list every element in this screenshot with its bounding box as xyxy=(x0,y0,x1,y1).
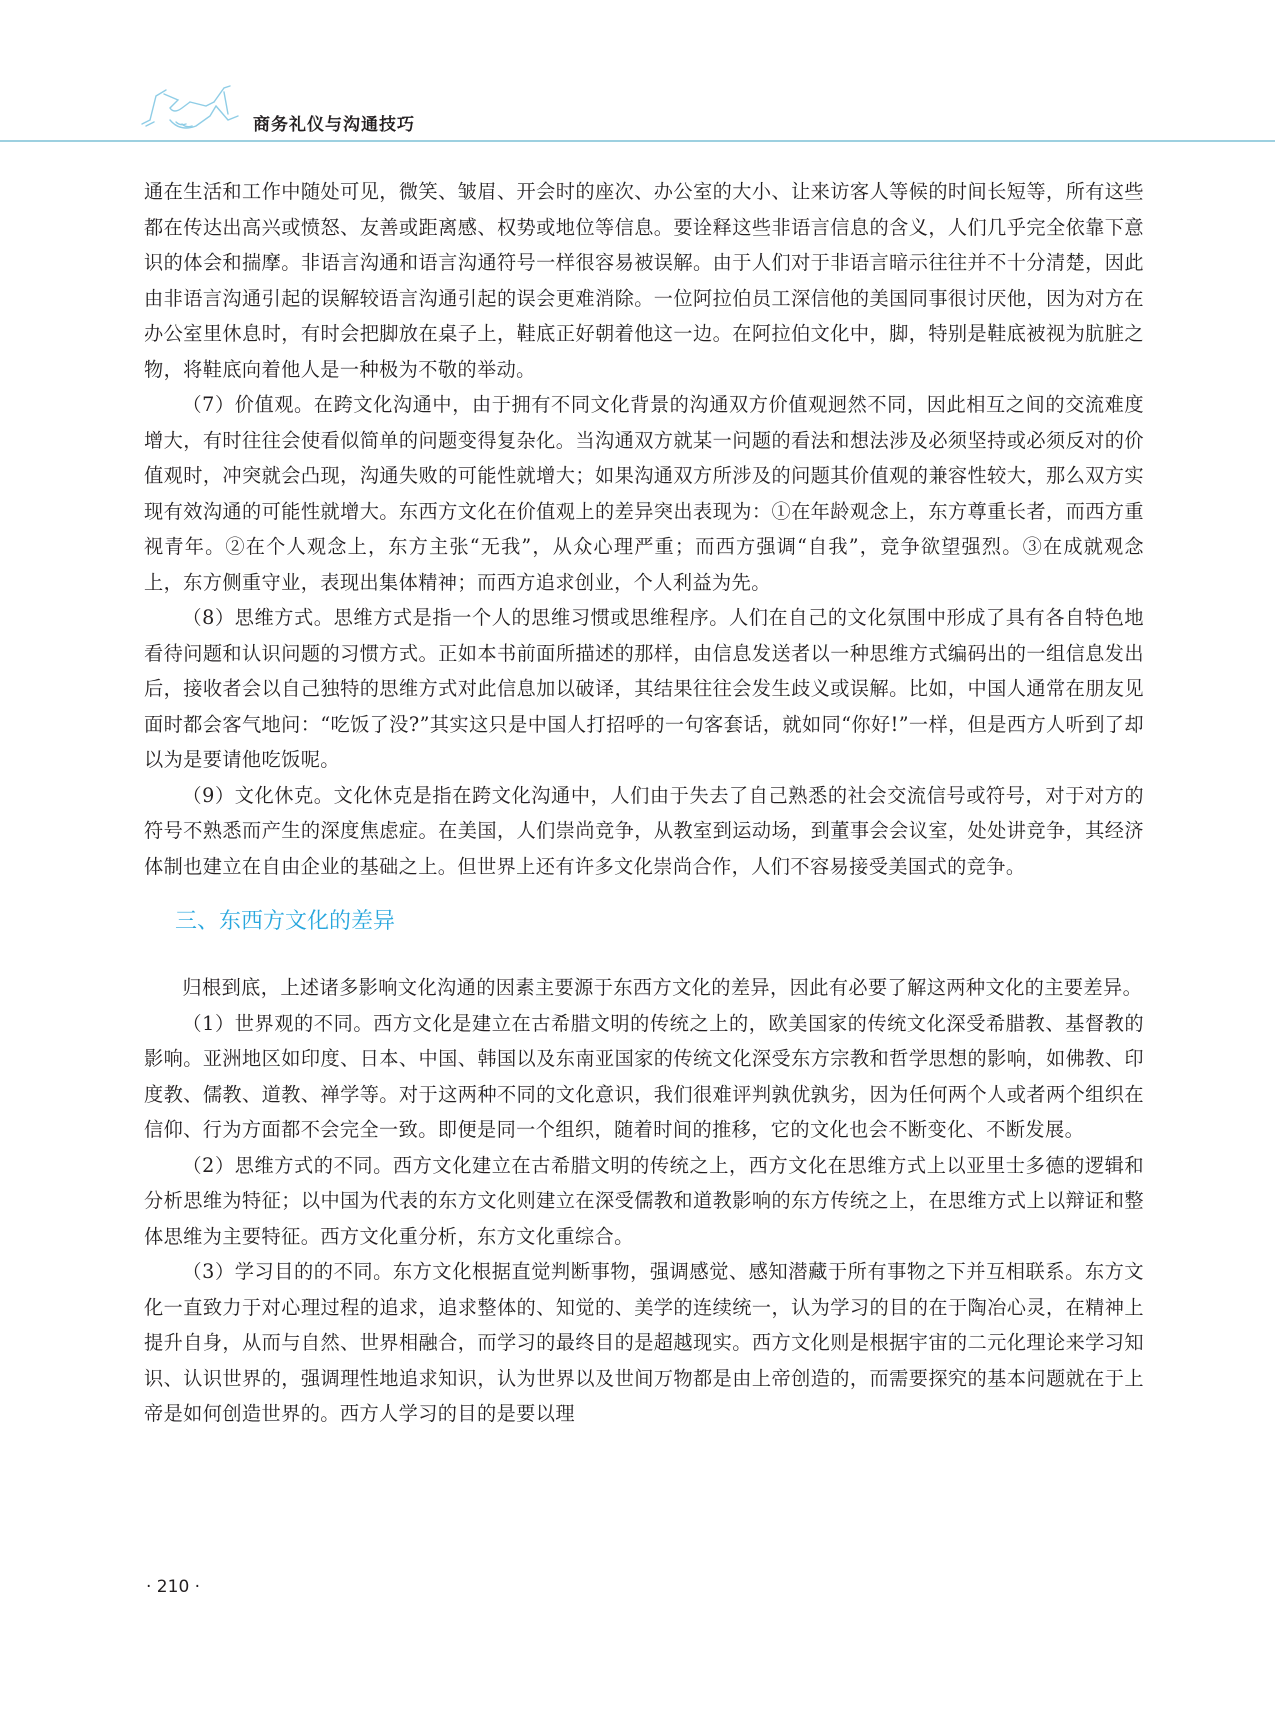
page-body: 通在生活和工作中随处可见，微笑、皱眉、开会时的座次、办公室的大小、让来访客人等候… xyxy=(144,174,1144,1432)
header-rule xyxy=(0,140,1275,142)
paragraph: （3）学习目的的不同。东方文化根据直觉判断事物，强调感觉、感知潜藏于所有事物之下… xyxy=(144,1254,1144,1432)
paragraph: （7）价值观。在跨文化沟通中，由于拥有不同文化背景的沟通双方价值观迥然不同，因此… xyxy=(144,387,1144,600)
page-header: 商务礼仪与沟通技巧 xyxy=(0,0,1275,145)
paragraph: 通在生活和工作中随处可见，微笑、皱眉、开会时的座次、办公室的大小、让来访客人等候… xyxy=(144,174,1144,387)
paragraph: （9）文化休克。文化休克是指在跨文化沟通中，人们由于失去了自己熟悉的社会交流信号… xyxy=(144,778,1144,885)
handshake-icon xyxy=(140,84,240,134)
paragraph: （8）思维方式。思维方式是指一个人的思维习惯或思维程序。人们在自己的文化氛围中形… xyxy=(144,600,1144,778)
paragraph: （2）思维方式的不同。西方文化建立在古希腊文明的传统之上，西方文化在思维方式上以… xyxy=(144,1148,1144,1255)
paragraph: （1）世界观的不同。西方文化是建立在古希腊文明的传统之上的，欧美国家的传统文化深… xyxy=(144,1006,1144,1148)
paragraph: 归根到底，上述诸多影响文化沟通的因素主要源于东西方文化的差异，因此有必要了解这两… xyxy=(144,970,1144,1006)
running-title: 商务礼仪与沟通技巧 xyxy=(253,110,415,135)
section-heading: 三、东西方文化的差异 xyxy=(175,905,1144,939)
page-number: · 210 · xyxy=(146,1577,200,1597)
